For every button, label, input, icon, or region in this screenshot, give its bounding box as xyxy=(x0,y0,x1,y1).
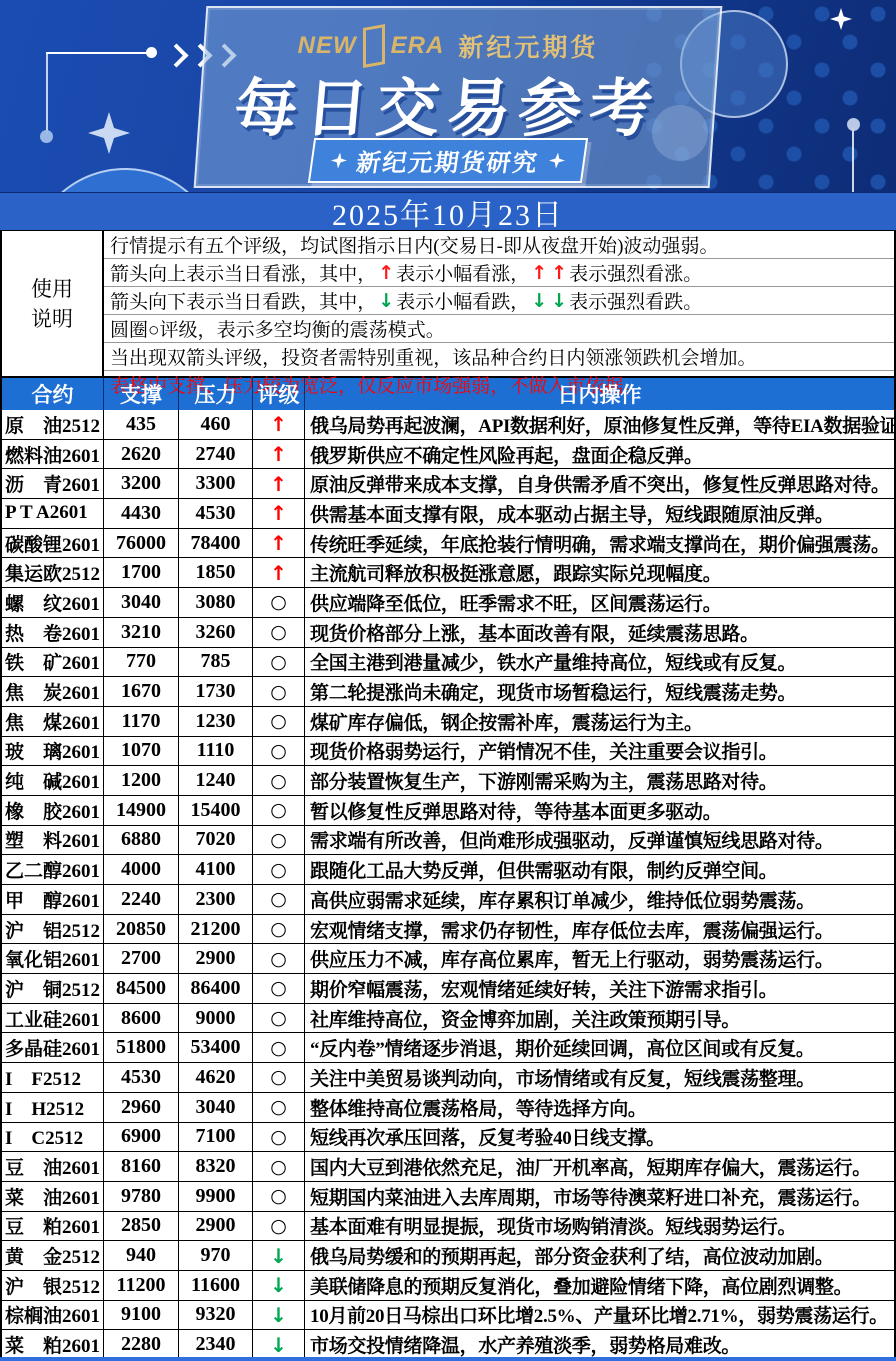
rating-flat-icon: ○ xyxy=(253,1152,305,1182)
support-cell: 435 xyxy=(104,410,179,440)
contract-cell: 多晶硅2601 xyxy=(2,1033,104,1063)
pressure-cell: 86400 xyxy=(179,974,253,1004)
operation-cell: 跟随化工品大势反弹，但供需驱动有限，制约反弹空间。 xyxy=(305,855,894,885)
rating-up-icon: ↑ xyxy=(253,558,305,588)
operation-cell: 美联储降息的预期反复消化，叠加避险情绪下降，高位剧烈调整。 xyxy=(305,1271,894,1301)
usage-line: 行情提示有五个评级，均试图指示日内(交易日-即从夜盘开始)波动强弱。 xyxy=(104,231,894,259)
support-cell: 14900 xyxy=(104,796,179,826)
subtitle-text: 新纪元期货研究 xyxy=(355,143,542,178)
down-arrow-icon: ↓ xyxy=(376,290,396,312)
pressure-cell: 2300 xyxy=(179,885,253,915)
rating-flat-icon: ○ xyxy=(253,826,305,856)
contract-cell: 燃料油2601 xyxy=(2,440,104,470)
pressure-cell: 9320 xyxy=(179,1301,253,1331)
pressure-cell: 3300 xyxy=(179,469,253,499)
table-row: I H251229603040○整体维持高位震荡格局，等待选择方向。 xyxy=(2,1093,894,1123)
pressure-cell: 11600 xyxy=(179,1271,253,1301)
header-pressure: 压力 xyxy=(179,378,253,410)
contract-cell: I H2512 xyxy=(2,1093,104,1123)
usage-label-line1: 使用 xyxy=(31,274,73,304)
support-cell: 2960 xyxy=(104,1093,179,1123)
contract-cell: 沪 银2512 xyxy=(2,1271,104,1301)
table-row: 燃料油260126202740↑俄罗斯供应不确定性风险再起，盘面企稳反弹。 xyxy=(2,440,894,470)
pressure-cell: 460 xyxy=(179,410,253,440)
pressure-cell: 9000 xyxy=(179,1004,253,1034)
support-cell: 76000 xyxy=(104,529,179,559)
support-cell: 4530 xyxy=(104,1063,179,1093)
support-cell: 3040 xyxy=(104,588,179,618)
usage-section: 使用 说明 行情提示有五个评级，均试图指示日内(交易日-即从夜盘开始)波动强弱。… xyxy=(0,230,896,378)
operation-cell: 宏观情绪支撑，需求仍存韧性，库存低位去库，震荡偏强运行。 xyxy=(305,915,894,945)
rating-down-icon: ↓ xyxy=(253,1301,305,1331)
rating-flat-icon: ○ xyxy=(253,677,305,707)
table-row: 集运欧251217001850↑主流航司释放积极挺涨意愿，跟踪实际兑现幅度。 xyxy=(2,558,894,588)
contract-cell: 焦 煤2601 xyxy=(2,707,104,737)
contract-cell: 橡 胶2601 xyxy=(2,796,104,826)
operation-cell: 暂以修复性反弹思路对待，等待基本面更多驱动。 xyxy=(305,796,894,826)
rating-flat-icon: ○ xyxy=(253,707,305,737)
contract-cell: 塑 料2601 xyxy=(2,826,104,856)
contract-cell: 玻 璃2601 xyxy=(2,737,104,767)
table-row: 碳酸锂26017600078400↑传统旺季延续，年底抢装行情明确，需求端支撑尚… xyxy=(2,529,894,559)
pressure-cell: 1230 xyxy=(179,707,253,737)
pressure-cell: 970 xyxy=(179,1241,253,1271)
contract-cell: I C2512 xyxy=(2,1123,104,1153)
table-row: I C251269007100○短线再次承压回落，反复考验40日线支撑。 xyxy=(2,1123,894,1153)
support-cell: 2850 xyxy=(104,1212,179,1242)
pressure-cell: 1110 xyxy=(179,737,253,767)
up-arrow-icon: ↑ xyxy=(376,262,396,284)
operation-cell: 高供应弱需求延续，库存累积订单减少，维持低位弱势震荡。 xyxy=(305,885,894,915)
contract-cell: 沪 铝2512 xyxy=(2,915,104,945)
operation-cell: 俄罗斯供应不确定性风险再起，盘面企稳反弹。 xyxy=(305,440,894,470)
rating-up-icon: ↑ xyxy=(253,440,305,470)
usage-line: 圆圈○评级，表示多空均衡的震荡模式。 xyxy=(104,315,894,343)
table-row: 棕榈油260191009320↓10月前20日马棕出口环比增2.5%、产量环比增… xyxy=(2,1301,894,1331)
rating-flat-icon: ○ xyxy=(253,1212,305,1242)
sparkle-icon xyxy=(330,153,348,169)
table-row: 豆 油260181608320○国内大豆到港依然充足，油厂开机率高，短期库存偏大… xyxy=(2,1152,894,1182)
support-cell: 9100 xyxy=(104,1301,179,1331)
operation-cell: 基本面难有明显提振，现货市场购销清淡。短线弱势运行。 xyxy=(305,1212,894,1242)
support-cell: 8600 xyxy=(104,1004,179,1034)
support-cell: 940 xyxy=(104,1241,179,1271)
support-cell: 6900 xyxy=(104,1123,179,1153)
rating-flat-icon: ○ xyxy=(253,796,305,826)
contract-cell: 焦 炭2601 xyxy=(2,677,104,707)
contract-cell: 集运欧2512 xyxy=(2,558,104,588)
operation-cell: 短期国内菜油进入去库周期，市场等待澳菜籽进口补充，震荡运行。 xyxy=(305,1182,894,1212)
page-title: 每日交易参考 xyxy=(0,58,896,149)
operation-cell: 关注中美贸易谈判动向，市场情绪或有反复，短线震荡整理。 xyxy=(305,1063,894,1093)
rating-flat-icon: ○ xyxy=(253,974,305,1004)
table-row: 氧化铝260127002900○供应压力不减，库存高位累库，暂无上行驱动，弱势震… xyxy=(2,944,894,974)
support-cell: 84500 xyxy=(104,974,179,1004)
operation-cell: 主流航司释放积极挺涨意愿，跟踪实际兑现幅度。 xyxy=(305,558,894,588)
support-cell: 6880 xyxy=(104,826,179,856)
rating-flat-icon: ○ xyxy=(253,737,305,767)
support-cell: 2280 xyxy=(104,1330,179,1360)
table-row: 沪 银25121120011600↓美联储降息的预期反复消化，叠加避险情绪下降，… xyxy=(2,1271,894,1301)
usage-label-line2: 说明 xyxy=(31,304,73,334)
pressure-cell: 78400 xyxy=(179,529,253,559)
support-cell: 3210 xyxy=(104,618,179,648)
pressure-cell: 15400 xyxy=(179,796,253,826)
support-cell: 770 xyxy=(104,648,179,678)
table-row: 乙二醇260140004100○跟随化工品大势反弹，但供需驱动有限，制约反弹空间… xyxy=(2,855,894,885)
support-cell: 2620 xyxy=(104,440,179,470)
contract-cell: 工业硅2601 xyxy=(2,1004,104,1034)
contract-cell: 乙二醇2601 xyxy=(2,855,104,885)
table-row: I F251245304620○关注中美贸易谈判动向，市场情绪或有反复，短线震荡… xyxy=(2,1063,894,1093)
contract-cell: 沪 铜2512 xyxy=(2,974,104,1004)
operation-cell: “反内卷”情绪逐步消退，期价延续回调，高位区间或有反复。 xyxy=(305,1033,894,1063)
pressure-cell: 4100 xyxy=(179,855,253,885)
date-bar: 2025年10月23日 xyxy=(0,192,896,230)
pressure-cell: 2900 xyxy=(179,1212,253,1242)
operation-cell: 俄乌局势再起波澜，API数据利好，原油修复性反弹，等待EIA数据验证。 xyxy=(305,410,894,440)
support-cell: 9780 xyxy=(104,1182,179,1212)
operation-cell: 供需基本面支撑有限，成本驱动占据主导，短线跟随原油反弹。 xyxy=(305,499,894,529)
table-row: 焦 炭260116701730○第二轮提涨尚未确定，现货市场暂稳运行，短线震荡走… xyxy=(2,677,894,707)
support-cell: 4430 xyxy=(104,499,179,529)
rating-flat-icon: ○ xyxy=(253,885,305,915)
table-row: 热 卷260132103260○现货价格部分上涨，基本面改善有限，延续震荡思路。 xyxy=(2,618,894,648)
table-row: 橡 胶26011490015400○暂以修复性反弹思路对待，等待基本面更多驱动。 xyxy=(2,796,894,826)
operation-cell: 俄乌局势缓和的预期再起，部分资金获利了结，高位波动加剧。 xyxy=(305,1241,894,1271)
contract-cell: 菜 粕2601 xyxy=(2,1330,104,1360)
rating-flat-icon: ○ xyxy=(253,1093,305,1123)
rating-flat-icon: ○ xyxy=(253,1123,305,1153)
operation-cell: 传统旺季延续，年底抢装行情明确，需求端支撑尚在，期价偏强震荡。 xyxy=(305,529,894,559)
support-cell: 1700 xyxy=(104,558,179,588)
table-row: 螺 纹260130403080○供应端降至低位，旺季需求不旺，区间震荡运行。 xyxy=(2,588,894,618)
pressure-cell: 4620 xyxy=(179,1063,253,1093)
usage-lines: 行情提示有五个评级，均试图指示日内(交易日-即从夜盘开始)波动强弱。箭头向上表示… xyxy=(104,231,894,376)
rating-up-icon: ↑ xyxy=(253,410,305,440)
futures-table: 合约 支撑 压力 评级 日内操作 原 油2512435460↑俄乌局势再起波澜，… xyxy=(0,378,896,1360)
contract-cell: 甲 醇2601 xyxy=(2,885,104,915)
table-row: 沪 铜25128450086400○期价窄幅震荡，宏观情绪延续好转，关注下游需求… xyxy=(2,974,894,1004)
down-arrow-icon: ↓ xyxy=(549,290,569,312)
operation-cell: 社库维持高位，资金博弈加剧，关注政策预期引导。 xyxy=(305,1004,894,1034)
usage-line: 当出现双箭头评级，投资者需特别重视，该品种合约日内领涨领跌机会增加。 xyxy=(104,343,894,371)
pressure-cell: 785 xyxy=(179,648,253,678)
rating-up-icon: ↑ xyxy=(253,499,305,529)
contract-cell: 菜 油2601 xyxy=(2,1182,104,1212)
up-arrow-icon: ↑ xyxy=(529,262,549,284)
rating-flat-icon: ○ xyxy=(253,1182,305,1212)
table-row: 菜 油260197809900○短期国内菜油进入去库周期，市场等待澳菜籽进口补充… xyxy=(2,1182,894,1212)
contract-cell: 氧化铝2601 xyxy=(2,944,104,974)
table-row: 纯 碱260112001240○部分装置恢复生产，下游刚需采购为主，震荡思路对待… xyxy=(2,766,894,796)
pressure-cell: 1240 xyxy=(179,766,253,796)
rating-flat-icon: ○ xyxy=(253,766,305,796)
rating-down-icon: ↓ xyxy=(253,1330,305,1360)
rating-up-icon: ↑ xyxy=(253,469,305,499)
operation-cell: 部分装置恢复生产，下游刚需采购为主，震荡思路对待。 xyxy=(305,766,894,796)
table-body: 原 油2512435460↑俄乌局势再起波澜，API数据利好，原油修复性反弹，等… xyxy=(2,410,894,1360)
contract-cell: 豆 粕2601 xyxy=(2,1212,104,1242)
pressure-cell: 3260 xyxy=(179,618,253,648)
support-cell: 2700 xyxy=(104,944,179,974)
pressure-cell: 2340 xyxy=(179,1330,253,1360)
rating-flat-icon: ○ xyxy=(253,1004,305,1034)
table-row: 沥 青260132003300↑原油反弹带来成本支撑，自身供需矛盾不突出，修复性… xyxy=(2,469,894,499)
rating-flat-icon: ○ xyxy=(253,618,305,648)
pressure-cell: 2900 xyxy=(179,944,253,974)
table-row: 塑 料260168807020○需求端有所改善，但尚难形成强驱动，反弹谨慎短线思… xyxy=(2,826,894,856)
table-row: 沪 铝25122085021200○宏观情绪支撑，需求仍存韧性，库存低位去库，震… xyxy=(2,915,894,945)
rating-down-icon: ↓ xyxy=(253,1241,305,1271)
support-cell: 1200 xyxy=(104,766,179,796)
operation-cell: 现货价格弱势运行，产销情况不佳，关注重要会议指引。 xyxy=(305,737,894,767)
usage-label: 使用 说明 xyxy=(2,231,104,376)
table-row: 工业硅260186009000○社库维持高位，资金博弈加剧，关注政策预期引导。 xyxy=(2,1004,894,1034)
pressure-cell: 4530 xyxy=(179,499,253,529)
table-row: P T A260144304530↑供需基本面支撑有限，成本驱动占据主导，短线跟… xyxy=(2,499,894,529)
table-row: 多晶硅26015180053400○“反内卷”情绪逐步消退，期价延续回调，高位区… xyxy=(2,1033,894,1063)
header-operation: 日内操作 xyxy=(305,378,894,410)
support-cell: 1070 xyxy=(104,737,179,767)
contract-cell: 黄 金2512 xyxy=(2,1241,104,1271)
table-row: 铁 矿2601770785○全国主港到港量减少，铁水产量维持高位，短线或有反复。 xyxy=(2,648,894,678)
subtitle-badge: 新纪元期货研究 xyxy=(308,138,588,183)
table-row: 黄 金2512940970↓俄乌局势缓和的预期再起，部分资金获利了结，高位波动加… xyxy=(2,1241,894,1271)
contract-cell: 碳酸锂2601 xyxy=(2,529,104,559)
pressure-cell: 7100 xyxy=(179,1123,253,1153)
logo-new-text: NEW xyxy=(298,32,357,60)
pressure-cell: 21200 xyxy=(179,915,253,945)
operation-cell: 原油反弹带来成本支撑，自身供需矛盾不突出，修复性反弹思路对待。 xyxy=(305,469,894,499)
pressure-cell: 53400 xyxy=(179,1033,253,1063)
operation-cell: 供应端降至低位，旺季需求不旺，区间震荡运行。 xyxy=(305,588,894,618)
support-cell: 20850 xyxy=(104,915,179,945)
contract-cell: 沥 青2601 xyxy=(2,469,104,499)
sparkle-icon xyxy=(548,153,566,169)
rating-flat-icon: ○ xyxy=(253,1063,305,1093)
operation-cell: 10月前20日马棕出口环比增2.5%、产量环比增2.71%，弱势震荡运行。 xyxy=(305,1301,894,1331)
rating-flat-icon: ○ xyxy=(253,588,305,618)
support-cell: 4000 xyxy=(104,855,179,885)
contract-cell: 铁 矿2601 xyxy=(2,648,104,678)
operation-cell: 第二轮提涨尚未确定，现货市场暂稳运行，短线震荡走势。 xyxy=(305,677,894,707)
support-cell: 1670 xyxy=(104,677,179,707)
operation-cell: 整体维持高位震荡格局，等待选择方向。 xyxy=(305,1093,894,1123)
usage-line: 箭头向下表示当日看跌，其中，↓表示小幅看跌，↓↓表示强烈看跌。 xyxy=(104,287,894,315)
contract-cell: 豆 油2601 xyxy=(2,1152,104,1182)
rating-up-icon: ↑ xyxy=(253,529,305,559)
rating-flat-icon: ○ xyxy=(253,648,305,678)
operation-cell: 煤矿库存偏低，钢企按需补库，震荡运行为主。 xyxy=(305,707,894,737)
pressure-cell: 1850 xyxy=(179,558,253,588)
operation-cell: 短线再次承压回落，反复考验40日线支撑。 xyxy=(305,1123,894,1153)
table-row: 菜 粕260122802340↓市场交投情绪降温，水产养殖淡季，弱势格局难改。 xyxy=(2,1330,894,1360)
operation-cell: 需求端有所改善，但尚难形成强驱动，反弹谨慎短线思路对待。 xyxy=(305,826,894,856)
contract-cell: I F2512 xyxy=(2,1063,104,1093)
rating-flat-icon: ○ xyxy=(253,915,305,945)
support-cell: 3200 xyxy=(104,469,179,499)
rating-flat-icon: ○ xyxy=(253,944,305,974)
operation-cell: 期价窄幅震荡，宏观情绪延续好转，关注下游需求指引。 xyxy=(305,974,894,1004)
operation-cell: 现货价格部分上涨，基本面改善有限，延续震荡思路。 xyxy=(305,618,894,648)
support-cell: 2240 xyxy=(104,885,179,915)
contract-cell: 螺 纹2601 xyxy=(2,588,104,618)
table-row: 豆 粕260128502900○基本面难有明显提振，现货市场购销清淡。短线弱势运… xyxy=(2,1212,894,1242)
down-arrow-icon: ↓ xyxy=(529,290,549,312)
pressure-cell: 9900 xyxy=(179,1182,253,1212)
header-banner: NEW ERA 新纪元期货 每日交易参考 新纪元期货研究 xyxy=(0,0,896,192)
table-row: 原 油2512435460↑俄乌局势再起波澜，API数据利好，原油修复性反弹，等… xyxy=(2,410,894,440)
support-cell: 51800 xyxy=(104,1033,179,1063)
contract-cell: 棕榈油2601 xyxy=(2,1301,104,1331)
header-contract: 合约 xyxy=(2,378,104,410)
pressure-cell: 1730 xyxy=(179,677,253,707)
header-support: 支撑 xyxy=(104,378,179,410)
usage-line: 箭头向上表示当日看涨，其中，↑表示小幅看涨，↑↑表示强烈看涨。 xyxy=(104,259,894,287)
support-cell: 8160 xyxy=(104,1152,179,1182)
up-arrow-icon: ↑ xyxy=(549,262,569,284)
support-cell: 1170 xyxy=(104,707,179,737)
rating-flat-icon: ○ xyxy=(253,1033,305,1063)
operation-cell: 供应压力不减，库存高位累库，暂无上行驱动，弱势震荡运行。 xyxy=(305,944,894,974)
contract-cell: 热 卷2601 xyxy=(2,618,104,648)
circle-decoration xyxy=(28,168,222,192)
table-row: 玻 璃260110701110○现货价格弱势运行，产销情况不佳，关注重要会议指引… xyxy=(2,737,894,767)
logo-era-text: ERA xyxy=(391,32,445,60)
operation-cell: 全国主港到港量减少，铁水产量维持高位，短线或有反复。 xyxy=(305,648,894,678)
operation-cell: 市场交投情绪降温，水产养殖淡季，弱势格局难改。 xyxy=(305,1330,894,1360)
contract-cell: 纯 碱2601 xyxy=(2,766,104,796)
bottom-border-line xyxy=(0,1357,896,1361)
contract-cell: P T A2601 xyxy=(2,499,104,529)
contract-cell: 原 油2512 xyxy=(2,410,104,440)
report-date: 2025年10月23日 xyxy=(332,190,564,234)
support-cell: 11200 xyxy=(104,1271,179,1301)
pressure-cell: 2740 xyxy=(179,440,253,470)
table-header: 合约 支撑 压力 评级 日内操作 xyxy=(2,378,894,410)
rating-flat-icon: ○ xyxy=(253,855,305,885)
table-row: 甲 醇260122402300○高供应弱需求延续，库存累积订单减少，维持低位弱势… xyxy=(2,885,894,915)
pressure-cell: 7020 xyxy=(179,826,253,856)
operation-cell: 国内大豆到港依然充足，油厂开机率高，短期库存偏大，震荡运行。 xyxy=(305,1152,894,1182)
pressure-cell: 8320 xyxy=(179,1152,253,1182)
pressure-cell: 3080 xyxy=(179,588,253,618)
table-row: 焦 煤260111701230○煤矿库存偏低，钢企按需补库，震荡运行为主。 xyxy=(2,707,894,737)
header-rating: 评级 xyxy=(253,378,305,410)
pressure-cell: 3040 xyxy=(179,1093,253,1123)
rating-down-icon: ↓ xyxy=(253,1271,305,1301)
